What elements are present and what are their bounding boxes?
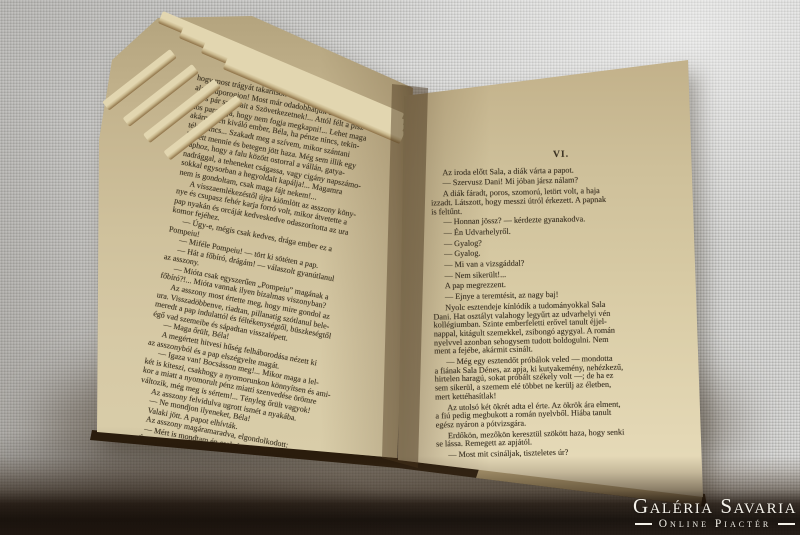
book: 78 hogy most trágyát takarítson az istál… [0,0,800,535]
photo-of-open-book: 78 hogy most trágyát takarítson az istál… [0,0,800,535]
paragraph: A diák fáradt, poros, szomorú, letört vo… [431,185,693,217]
watermark: Galéria Savaria Online Piactér [633,496,797,530]
right-page-text: VI. Az iroda előtt Sala, a diák várta a … [408,52,712,463]
chapter-heading: VI. [430,148,692,162]
watermark-subtitle: Online Piactér [633,518,797,530]
right-page-text-lines: Az iroda előtt Sala, a diák várta a papo… [430,164,698,461]
watermark-title: Galéria Savaria [633,496,797,517]
paragraph: — Még egy esztendőt próbálok veled — mon… [434,353,697,402]
paragraph: Nyolc esztendeje kínlódik a tudományokka… [433,299,696,357]
paragraph: Az utolsó két ökrét adta el érte. Az ökr… [435,399,697,431]
